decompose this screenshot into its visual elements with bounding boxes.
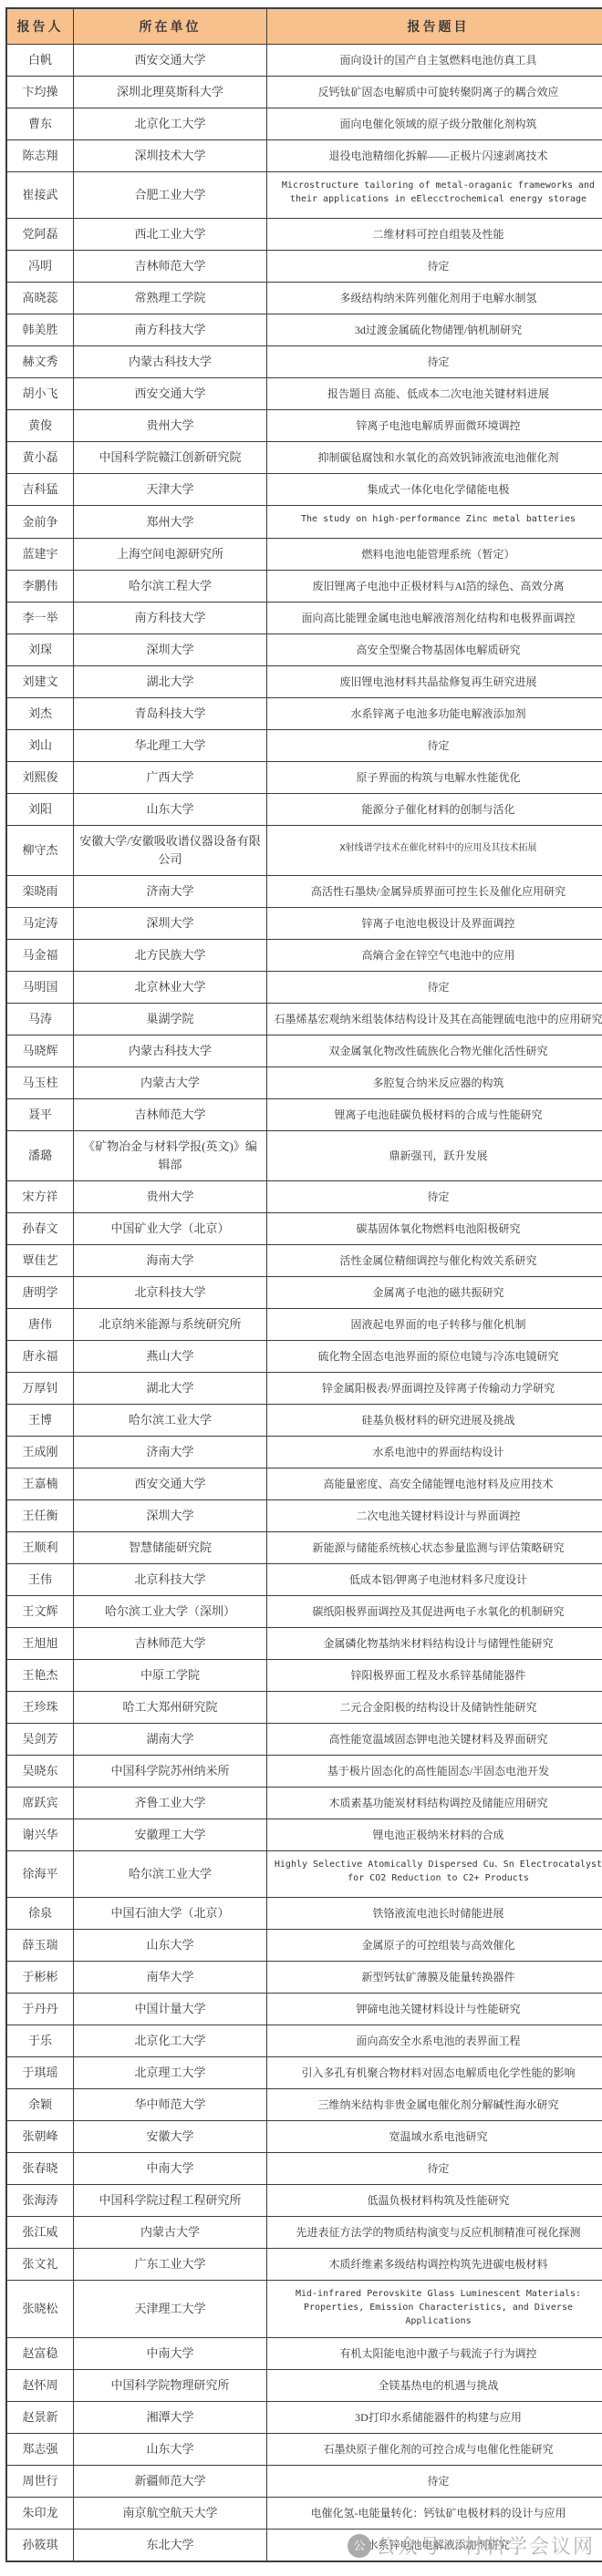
affiliation-cell: 华中师范大学 (74, 2089, 267, 2121)
affiliation-cell: 华北理工大学 (74, 730, 267, 762)
affiliation-cell: 北京理工大学 (74, 2057, 267, 2089)
affiliation-cell: 内蒙古大学 (74, 2217, 267, 2249)
title-cell: 水系锌离子电池多功能电解液添加剂 (267, 698, 602, 730)
title-cell: 石墨烯基宏观纳米组装体结构设计及其在高能锂硫电池中的应用研究 (267, 1004, 602, 1036)
table-row: 马晓辉内蒙古科技大学双金属氧化物改性硫族化合物光催化活性研究 (6, 1036, 602, 1067)
title-cell: 待定 (267, 251, 602, 283)
affiliation-cell: 中国科学院物理研究所 (74, 2370, 267, 2402)
table-row: 李鹏伟哈尔滨工程大学废旧锂离子电池中正极材料与Al箔的绿色、高效分离 (6, 571, 602, 603)
title-cell: 碳纸阳极界面调控及其促进两电子水氧化的机制研究 (267, 1596, 602, 1628)
speaker-name-cell: 张春晓 (6, 2153, 74, 2185)
speaker-name-cell: 吴剑芳 (6, 1724, 74, 1756)
title-cell: 石墨炔原子催化剂的可控合成与电催化性能研究 (267, 2434, 602, 2466)
speaker-name-cell: 于彬彬 (6, 1962, 74, 1994)
speaker-name-cell: 朱印龙 (6, 2498, 74, 2530)
title-cell: The study on high-performance Zinc metal… (267, 506, 602, 539)
affiliation-cell: 天津理工大学 (74, 2281, 267, 2338)
table-row: 薛玉瑞山东大学金属原子的可控组装与高效催化 (6, 1930, 602, 1962)
table-row: 韩美胜南方科技大学3d过渡金属硫化物储锂/钠机制研究 (6, 314, 602, 346)
speaker-name-cell: 赫文秀 (6, 346, 74, 378)
affiliation-cell: 南方科技大学 (74, 314, 267, 346)
title-cell: 高熵合金在锌空气电池中的应用 (267, 940, 602, 972)
title-cell: 水系电池中的界面结构设计 (267, 1437, 602, 1468)
table-row: 王文辉哈尔滨工业大学（深圳）碳纸阳极界面调控及其促进两电子水氧化的机制研究 (6, 1596, 602, 1628)
affiliation-cell: 广西大学 (74, 762, 267, 794)
speaker-name-cell: 于乐 (6, 2025, 74, 2057)
affiliation-cell: 哈工大郑州研究院 (74, 1692, 267, 1724)
speaker-name-cell: 曹东 (6, 108, 74, 140)
speaker-name-cell: 刘熙俊 (6, 762, 74, 794)
header-affiliation: 所在单位 (74, 8, 267, 45)
title-cell: 宽温域水系电池研究 (267, 2121, 602, 2153)
affiliation-cell: 内蒙古科技大学 (74, 346, 267, 378)
speaker-name-cell: 潘璐 (6, 1131, 74, 1181)
table-row: 张朝峰安徽大学宽温域水系电池研究 (6, 2121, 602, 2153)
speaker-name-cell: 马明国 (6, 972, 74, 1004)
speaker-name-cell: 王成刚 (6, 1437, 74, 1468)
affiliation-cell: 内蒙古大学 (74, 1067, 267, 1099)
title-cell: 碳基固体氧化物燃料电池阳极研究 (267, 1213, 602, 1245)
speaker-name-cell: 黄小磊 (6, 442, 74, 474)
speaker-name-cell: 聂平 (6, 1099, 74, 1131)
table-row: 万厚钊湖北大学锌金属阳极表/界面调控及锌离子传输动力学研究 (6, 1373, 602, 1405)
speaker-name-cell: 白帆 (6, 45, 74, 77)
affiliation-cell: 中国石油大学（北京） (74, 1898, 267, 1930)
speaker-name-cell: 刘阳 (6, 794, 74, 826)
table-row: 吉科猛天津大学集成式一体化电化学储能电极 (6, 474, 602, 506)
title-cell: X射线谱学技术在催化材料中的应用及其技术拓展 (267, 826, 602, 876)
table-row: 覃佳艺海南大学活性金属位精细调控与催化构效关系研究 (6, 1245, 602, 1277)
speaker-name-cell: 余颖 (6, 2089, 74, 2121)
table-row: 马定涛深圳大学锌离子电池电极设计及界面调控 (6, 908, 602, 940)
speaker-name-cell: 王文辉 (6, 1596, 74, 1628)
speaker-name-cell: 王任衡 (6, 1500, 74, 1532)
title-cell: 全镁基热电的机遇与挑战 (267, 2370, 602, 2402)
affiliation-cell: 北京化工大学 (74, 108, 267, 140)
table-row: 赵富稳中南大学有机太阳能电池中激子与载流子行为调控 (6, 2338, 602, 2370)
title-cell: 锌离子电池电解质界面微环境调控 (267, 410, 602, 442)
title-cell: 高性能宽温域固态钾电池关键材料及界面研究 (267, 1724, 602, 1756)
speaker-name-cell: 吴晓东 (6, 1756, 74, 1788)
title-cell: 活性金属位精细调控与催化构效关系研究 (267, 1245, 602, 1277)
title-cell: 待定 (267, 2153, 602, 2185)
speaker-name-cell: 张文礼 (6, 2249, 74, 2281)
table-row: 黄小磊中国科学院赣江创新研究院抑制碳毡腐蚀和水氧化的高效钒铈液流电池催化剂 (6, 442, 602, 474)
affiliation-cell: 湖北大学 (74, 1373, 267, 1405)
affiliation-cell: 东北大学 (74, 2530, 267, 2562)
table-row: 刘山华北理工大学待定 (6, 730, 602, 762)
table-row: 蓝建宇上海空间电源研究所燃料电池电能管理系统（暂定） (6, 539, 602, 571)
table-row: 唐永福燕山大学硫化物全固态电池界面的原位电镜与冷冻电镜研究 (6, 1341, 602, 1373)
affiliation-cell: 安徽大学/安徽吸收谱仪器设备有限公司 (74, 826, 267, 876)
affiliation-cell: 天津大学 (74, 474, 267, 506)
affiliation-cell: 合肥工业大学 (74, 172, 267, 219)
title-cell: 退役电池精细化拆解——正极片闪速剥离技术 (267, 140, 602, 172)
table-row: 刘熙俊广西大学原子界面的构筑与电解水性能优化 (6, 762, 602, 794)
title-cell: 双金属氧化物改性硫族化合物光催化活性研究 (267, 1036, 602, 1067)
affiliation-cell: 北京科技大学 (74, 1277, 267, 1309)
affiliation-cell: 湘潭大学 (74, 2402, 267, 2434)
affiliation-cell: 北京纳米能源与系统研究所 (74, 1309, 267, 1341)
table-row: 王旭旭吉林师范大学金属磷化物基纳米材料结构设计与储锂性能研究 (6, 1628, 602, 1660)
table-row: 宋方祥贵州大学待定 (6, 1181, 602, 1213)
affiliation-cell: 常熟理工学院 (74, 283, 267, 314)
table-row: 王成刚济南大学水系电池中的界面结构设计 (6, 1437, 602, 1468)
table-row: 刘琛深圳大学高安全型聚合物基固体电解质研究 (6, 634, 602, 666)
table-row: 马明国北京林业大学待定 (6, 972, 602, 1004)
speaker-name-cell: 蓝建宇 (6, 539, 74, 571)
table-row: 赫文秀内蒙古科技大学待定 (6, 346, 602, 378)
title-cell: 面向高安全水系电池的表界面工程 (267, 2025, 602, 2057)
table-row: 张海涛中国科学院过程工程研究所低温负极材料构筑及性能研究 (6, 2185, 602, 2217)
title-cell: 先进表征方法学的物质结构演变与反应机制精准可视化探测 (267, 2217, 602, 2249)
header-topic: 报告题目 (267, 8, 602, 45)
speaker-name-cell: 赵怀周 (6, 2370, 74, 2402)
speaker-name-cell: 柳守杰 (6, 826, 74, 876)
affiliation-cell: 湖北大学 (74, 666, 267, 698)
title-cell: 原子界面的构筑与电解水性能优化 (267, 762, 602, 794)
title-cell: 锌阳极界面工程及水系锌基储能器件 (267, 1660, 602, 1692)
affiliation-cell: 北方民族大学 (74, 940, 267, 972)
speaker-name-cell: 唐明学 (6, 1277, 74, 1309)
table-row: 高晓蕊常熟理工学院多级结构纳米阵列催化剂用于电解水制氢 (6, 283, 602, 314)
table-header-row: 报告人 所在单位 报告题目 (6, 8, 602, 45)
affiliation-cell: 安徽大学 (74, 2121, 267, 2153)
affiliation-cell: 齐鲁工业大学 (74, 1788, 267, 1819)
table-row: 马金福北方民族大学高熵合金在锌空气电池中的应用 (6, 940, 602, 972)
affiliation-cell: 吉林师范大学 (74, 1628, 267, 1660)
affiliation-cell: 湖南大学 (74, 1724, 267, 1756)
table-row: 徐泉中国石油大学（北京）铁铬液流电池长时储能进展 (6, 1898, 602, 1930)
table-row: 白帆西安交通大学面向设计的国产自主氢燃料电池仿真工具 (6, 45, 602, 77)
affiliation-cell: 西安交通大学 (74, 1468, 267, 1500)
title-cell: 抑制碳毡腐蚀和水氧化的高效钒铈液流电池催化剂 (267, 442, 602, 474)
table-row: 朱印龙南京航空航天大学电催化氢-电能量转化：钙钛矿电极材料的设计与应用 (6, 2498, 602, 2530)
table-row: 谢兴华安徽理工大学锂电池正极纳米材料的合成 (6, 1819, 602, 1851)
title-cell: Microstructure tailoring of metal-oragan… (267, 172, 602, 219)
table-row: 刘阳山东大学能源分子催化材料的创制与活化 (6, 794, 602, 826)
title-cell: 电催化氢-电能量转化：钙钛矿电极材料的设计与应用 (267, 2498, 602, 2530)
title-cell: 待定 (267, 2466, 602, 2498)
affiliation-cell: 中国科学院赣江创新研究院 (74, 442, 267, 474)
speaker-name-cell: 卞均操 (6, 77, 74, 108)
title-cell: 引入多孔有机聚合物材料对固态电解质电化学性能的影响 (267, 2057, 602, 2089)
affiliation-cell: 中国科学院过程工程研究所 (74, 2185, 267, 2217)
table-row: 唐明学北京科技大学金属离子电池的磁共振研究 (6, 1277, 602, 1309)
affiliation-cell: 哈尔滨工业大学（深圳） (74, 1596, 267, 1628)
title-cell: 三维纳米结构非贵金属电催化剂分解碱性海水研究 (267, 2089, 602, 2121)
speaker-name-cell: 金前争 (6, 506, 74, 539)
table-row: 余颖华中师范大学三维纳米结构非贵金属电催化剂分解碱性海水研究 (6, 2089, 602, 2121)
title-cell: 集成式一体化电化学储能电极 (267, 474, 602, 506)
table-row: 王珍珠哈工大郑州研究院二元合金阳极的结构设计及储钠性能研究 (6, 1692, 602, 1724)
title-cell: 高活性石墨炔/金属异质界面可控生长及催化应用研究 (267, 876, 602, 908)
speaker-name-cell: 冯明 (6, 251, 74, 283)
table-row: 张晓松天津理工大学Mid-infrared Perovskite Glass L… (6, 2281, 602, 2338)
affiliation-cell: 深圳大学 (74, 1500, 267, 1532)
speaker-name-cell: 赵景新 (6, 2402, 74, 2434)
table-row: 胡小飞西安交通大学报告题目 高能、低成本二次电池关键材料进展 (6, 378, 602, 410)
title-cell: Highly Selective Atomically Dispersed Cu… (267, 1851, 602, 1898)
table-row: 郑志强山东大学石墨炔原子催化剂的可控合成与电催化性能研究 (6, 2434, 602, 2466)
affiliation-cell: 海南大学 (74, 1245, 267, 1277)
title-cell: Mid-infrared Perovskite Glass Luminescen… (267, 2281, 602, 2338)
speaker-name-cell: 孙筱琪 (6, 2530, 74, 2562)
page: 报告人 所在单位 报告题目 白帆西安交通大学面向设计的国产自主氢燃料电池仿真工具… (0, 0, 602, 2576)
table-row: 赵景新湘潭大学3D打印水系储能器件的构建与应用 (6, 2402, 602, 2434)
table-row: 张文礼广东工业大学木质纤维素多级结构调控构筑先进碳电极材料 (6, 2249, 602, 2281)
title-cell: 固液起电界面的电子转移与催化机制 (267, 1309, 602, 1341)
speaker-name-cell: 张朝峰 (6, 2121, 74, 2153)
title-cell: 金属离子电池的磁共振研究 (267, 1277, 602, 1309)
affiliation-cell: 深圳技术大学 (74, 140, 267, 172)
speaker-name-cell: 王顺利 (6, 1532, 74, 1564)
affiliation-cell: 中南大学 (74, 2153, 267, 2185)
title-cell: 低成本铝/钾离子电池材料多尺度设计 (267, 1564, 602, 1596)
affiliation-cell: 安徽理工大学 (74, 1819, 267, 1851)
affiliation-cell: 深圳大学 (74, 908, 267, 940)
table-row: 王任衡深圳大学二次电池关键材料设计与界面调控 (6, 1500, 602, 1532)
title-cell: 废旧锂离子电池中正极材料与Al箔的绿色、高效分离 (267, 571, 602, 603)
table-row: 曹东北京化工大学面向电催化领域的原子级分散催化剂构筑 (6, 108, 602, 140)
speaker-name-cell: 赵富稳 (6, 2338, 74, 2370)
speaker-name-cell: 刘琛 (6, 634, 74, 666)
speaker-name-cell: 张晓松 (6, 2281, 74, 2338)
speaker-name-cell: 薛玉瑞 (6, 1930, 74, 1962)
affiliation-cell: 深圳北理莫斯科大学 (74, 77, 267, 108)
speaker-name-cell: 胡小飞 (6, 378, 74, 410)
affiliation-cell: 青岛科技大学 (74, 698, 267, 730)
affiliation-cell: 中国科学院苏州纳米所 (74, 1756, 267, 1788)
table-row: 孙春文中国矿业大学（北京）碳基固体氧化物燃料电池阳极研究 (6, 1213, 602, 1245)
affiliation-cell: 内蒙古科技大学 (74, 1036, 267, 1067)
table-row: 于乐北京化工大学面向高安全水系电池的表界面工程 (6, 2025, 602, 2057)
table-row: 金前争郑州大学The study on high-performance Zin… (6, 506, 602, 539)
title-cell: 硫化物全固态电池界面的原位电镜与冷冻电镜研究 (267, 1341, 602, 1373)
title-cell: 待定 (267, 346, 602, 378)
title-cell: 新能源与储能系统核心状态参量监测与评估策略研究 (267, 1532, 602, 1564)
title-cell: 面向电催化领域的原子级分散催化剂构筑 (267, 108, 602, 140)
title-cell: 面向高比能锂金属电池电解液溶剂化结构和电极界面调控 (267, 603, 602, 634)
table-row: 于琪瑶北京理工大学引入多孔有机聚合物材料对固态电解质电化学性能的影响 (6, 2057, 602, 2089)
affiliation-cell: 中原工学院 (74, 1660, 267, 1692)
speaker-name-cell: 马金福 (6, 940, 74, 972)
title-cell: 硅基负极材料的研究进展及挑战 (267, 1405, 602, 1437)
title-cell: 报告题目 高能、低成本二次电池关键材料进展 (267, 378, 602, 410)
affiliation-cell: 郑州大学 (74, 506, 267, 539)
table-row: 赵怀周中国科学院物理研究所全镁基热电的机遇与挑战 (6, 2370, 602, 2402)
title-cell: 木质纤维素多级结构调控构筑先进碳电极材料 (267, 2249, 602, 2281)
affiliation-cell: 山东大学 (74, 1930, 267, 1962)
title-cell: 待定 (267, 730, 602, 762)
speaker-name-cell: 周世行 (6, 2466, 74, 2498)
table-row: 于丹丹中国计量大学钾碲电池关键材料设计与性能研究 (6, 1994, 602, 2025)
speaker-name-cell: 王嘉楠 (6, 1468, 74, 1500)
affiliation-cell: 上海空间电源研究所 (74, 539, 267, 571)
table-row: 李一举南方科技大学面向高比能锂金属电池电解液溶剂化结构和电极界面调控 (6, 603, 602, 634)
title-cell: 反钙钛矿固态电解质中可旋转聚阴离子的耦合效应 (267, 77, 602, 108)
table-row: 马涛巢湖学院石墨烯基宏观纳米组装体结构设计及其在高能锂硫电池中的应用研究 (6, 1004, 602, 1036)
header-speaker: 报告人 (6, 8, 74, 45)
affiliation-cell: 西安交通大学 (74, 45, 267, 77)
table-row: 王博哈尔滨工业大学硅基负极材料的研究进展及挑战 (6, 1405, 602, 1437)
title-cell: 锂电池正极纳米材料的合成 (267, 1819, 602, 1851)
affiliation-cell: 南方科技大学 (74, 603, 267, 634)
speaker-name-cell: 张海涛 (6, 2185, 74, 2217)
speaker-name-cell: 黄俊 (6, 410, 74, 442)
affiliation-cell: 《矿物冶金与材料学报(英文)》编辑部 (74, 1131, 267, 1181)
affiliation-cell: 巢湖学院 (74, 1004, 267, 1036)
title-cell: 有机太阳能电池中激子与载流子行为调控 (267, 2338, 602, 2370)
affiliation-cell: 西北工业大学 (74, 219, 267, 251)
table-row: 卞均操深圳北理莫斯科大学反钙钛矿固态电解质中可旋转聚阴离子的耦合效应 (6, 77, 602, 108)
speaker-name-cell: 郑志强 (6, 2434, 74, 2466)
speaker-name-cell: 马涛 (6, 1004, 74, 1036)
table-row: 王艳杰中原工学院锌阳极界面工程及水系锌基储能器件 (6, 1660, 602, 1692)
speaker-name-cell: 唐永福 (6, 1341, 74, 1373)
speaker-name-cell: 韩美胜 (6, 314, 74, 346)
affiliation-cell: 深圳大学 (74, 634, 267, 666)
table-row: 冯明吉林师范大学待定 (6, 251, 602, 283)
speaker-name-cell: 王博 (6, 1405, 74, 1437)
table-row: 王顺利智慧储能研究院新能源与储能系统核心状态参量监测与评估策略研究 (6, 1532, 602, 1564)
table-row: 柳守杰安徽大学/安徽吸收谱仪器设备有限公司X射线谱学技术在催化材料中的应用及其技… (6, 826, 602, 876)
table-row: 席跃宾齐鲁工业大学木质素基功能炭材料结构调控及储能应用研究 (6, 1788, 602, 1819)
title-cell: 高安全型聚合物基固体电解质研究 (267, 634, 602, 666)
table-row: 党阿磊西北工业大学二维材料可控自组装及性能 (6, 219, 602, 251)
speaker-name-cell: 马玉柱 (6, 1067, 74, 1099)
affiliation-cell: 贵州大学 (74, 1181, 267, 1213)
speaker-name-cell: 高晓蕊 (6, 283, 74, 314)
table-row: 吴剑芳湖南大学高性能宽温域固态钾电池关键材料及界面研究 (6, 1724, 602, 1756)
affiliation-cell: 南京航空航天大学 (74, 2498, 267, 2530)
table-row: 王伟北京科技大学低成本铝/钾离子电池材料多尺度设计 (6, 1564, 602, 1596)
table-row: 刘杰青岛科技大学水系锌离子电池多功能电解液添加剂 (6, 698, 602, 730)
title-cell: 高能量密度、高安全储能锂电池材料及应用技术 (267, 1468, 602, 1500)
title-cell: 低温负极材料构筑及性能研究 (267, 2185, 602, 2217)
speaker-name-cell: 王珍珠 (6, 1692, 74, 1724)
table-row: 陈志翔深圳技术大学退役电池精细化拆解——正极片闪速剥离技术 (6, 140, 602, 172)
speaker-name-cell: 崔接武 (6, 172, 74, 219)
affiliation-cell: 哈尔滨工业大学 (74, 1851, 267, 1898)
affiliation-cell: 哈尔滨工业大学 (74, 1405, 267, 1437)
speaker-name-cell: 于琪瑶 (6, 2057, 74, 2089)
speaker-name-cell: 唐伟 (6, 1309, 74, 1341)
speaker-name-cell: 马晓辉 (6, 1036, 74, 1067)
table-row: 吴晓东中国科学院苏州纳米所基于极片固态化的高性能固态/半固态电池开发 (6, 1756, 602, 1788)
table-row: 聂平吉林师范大学锂离子电池硅碳负极材料的合成与性能研究 (6, 1099, 602, 1131)
speaker-name-cell: 吉科猛 (6, 474, 74, 506)
speaker-name-cell: 覃佳艺 (6, 1245, 74, 1277)
title-cell: 木质素基功能炭材料结构调控及储能应用研究 (267, 1788, 602, 1819)
table-row: 徐海平哈尔滨工业大学Highly Selective Atomically Di… (6, 1851, 602, 1898)
speaker-name-cell: 栾晓雨 (6, 876, 74, 908)
title-cell: 废旧锂电池材料共晶盐修复再生研究进展 (267, 666, 602, 698)
affiliation-cell: 山东大学 (74, 794, 267, 826)
speaker-name-cell: 万厚钊 (6, 1373, 74, 1405)
title-cell: 能源分子催化材料的创制与活化 (267, 794, 602, 826)
speaker-name-cell: 席跃宾 (6, 1788, 74, 1819)
affiliation-cell: 广东工业大学 (74, 2249, 267, 2281)
title-cell: 多级结构纳米阵列催化剂用于电解水制氢 (267, 283, 602, 314)
affiliation-cell: 中国矿业大学（北京） (74, 1213, 267, 1245)
speaker-name-cell: 张江威 (6, 2217, 74, 2249)
affiliation-cell: 哈尔滨工程大学 (74, 571, 267, 603)
speaker-name-cell: 刘山 (6, 730, 74, 762)
table-row: 唐伟北京纳米能源与系统研究所固液起电界面的电子转移与催化机制 (6, 1309, 602, 1341)
title-cell: 金属原子的可控组装与高效催化 (267, 1930, 602, 1962)
title-cell: 鼎新强刊，跃升发展 (267, 1131, 602, 1181)
title-cell: 二次电池关键材料设计与界面调控 (267, 1500, 602, 1532)
table-row: 张春晓中南大学待定 (6, 2153, 602, 2185)
speaker-name-cell: 孙春文 (6, 1213, 74, 1245)
title-cell: 新型钙钛矿薄膜及能量转换器件 (267, 1962, 602, 1994)
speaker-name-cell: 马定涛 (6, 908, 74, 940)
title-cell: 锌离子电池电极设计及界面调控 (267, 908, 602, 940)
affiliation-cell: 北京林业大学 (74, 972, 267, 1004)
title-cell: 锌金属阳极表/界面调控及锌离子传输动力学研究 (267, 1373, 602, 1405)
title-cell: 待定 (267, 972, 602, 1004)
title-cell: 二元合金阳极的结构设计及储钠性能研究 (267, 1692, 602, 1724)
table-row: 马玉柱内蒙古大学多腔复合纳米反应器的构筑 (6, 1067, 602, 1099)
affiliation-cell: 燕山大学 (74, 1341, 267, 1373)
speaker-name-cell: 于丹丹 (6, 1994, 74, 2025)
title-cell: 钾碲电池关键材料设计与性能研究 (267, 1994, 602, 2025)
affiliation-cell: 新疆师范大学 (74, 2466, 267, 2498)
affiliation-cell: 吉林师范大学 (74, 1099, 267, 1131)
speaker-name-cell: 刘建文 (6, 666, 74, 698)
title-cell: 基于极片固态化的高性能固态/半固态电池开发 (267, 1756, 602, 1788)
title-cell: 水系锌电池电解液添加剂研究 (267, 2530, 602, 2562)
title-cell: 面向设计的国产自主氢燃料电池仿真工具 (267, 45, 602, 77)
table-row: 黄俊贵州大学锌离子电池电解质界面微环境调控 (6, 410, 602, 442)
table-row: 于彬彬南华大学新型钙钛矿薄膜及能量转换器件 (6, 1962, 602, 1994)
speaker-name-cell: 王艳杰 (6, 1660, 74, 1692)
table-row: 孙筱琪东北大学水系锌电池电解液添加剂研究 (6, 2530, 602, 2562)
title-cell: 锂离子电池硅碳负极材料的合成与性能研究 (267, 1099, 602, 1131)
table-row: 栾晓雨济南大学高活性石墨炔/金属异质界面可控生长及催化应用研究 (6, 876, 602, 908)
affiliation-cell: 中南大学 (74, 2338, 267, 2370)
affiliation-cell: 西安交通大学 (74, 378, 267, 410)
affiliation-cell: 南华大学 (74, 1962, 267, 1994)
speaker-name-cell: 王伟 (6, 1564, 74, 1596)
table-row: 潘璐《矿物冶金与材料学报(英文)》编辑部鼎新强刊，跃升发展 (6, 1131, 602, 1181)
title-cell: 铁铬液流电池长时储能进展 (267, 1898, 602, 1930)
affiliation-cell: 山东大学 (74, 2434, 267, 2466)
speaker-name-cell: 李鹏伟 (6, 571, 74, 603)
table-row: 周世行新疆师范大学待定 (6, 2466, 602, 2498)
title-cell: 3d过渡金属硫化物储锂/钠机制研究 (267, 314, 602, 346)
speaker-name-cell: 李一举 (6, 603, 74, 634)
affiliation-cell: 济南大学 (74, 1437, 267, 1468)
table-row: 张江威内蒙古大学先进表征方法学的物质结构演变与反应机制精准可视化探测 (6, 2217, 602, 2249)
speaker-name-cell: 刘杰 (6, 698, 74, 730)
affiliation-cell: 北京科技大学 (74, 1564, 267, 1596)
table-row: 王嘉楠西安交通大学高能量密度、高安全储能锂电池材料及应用技术 (6, 1468, 602, 1500)
speaker-name-cell: 陈志翔 (6, 140, 74, 172)
affiliation-cell: 济南大学 (74, 876, 267, 908)
affiliation-cell: 北京化工大学 (74, 2025, 267, 2057)
title-cell: 待定 (267, 1181, 602, 1213)
affiliation-cell: 贵州大学 (74, 410, 267, 442)
title-cell: 燃料电池电能管理系统（暂定） (267, 539, 602, 571)
speaker-name-cell: 王旭旭 (6, 1628, 74, 1660)
speaker-name-cell: 宋方祥 (6, 1181, 74, 1213)
speaker-name-cell: 徐泉 (6, 1898, 74, 1930)
title-cell: 金属磷化物基纳米材料结构设计与储锂性能研究 (267, 1628, 602, 1660)
title-cell: 3D打印水系储能器件的构建与应用 (267, 2402, 602, 2434)
affiliation-cell: 智慧储能研究院 (74, 1532, 267, 1564)
